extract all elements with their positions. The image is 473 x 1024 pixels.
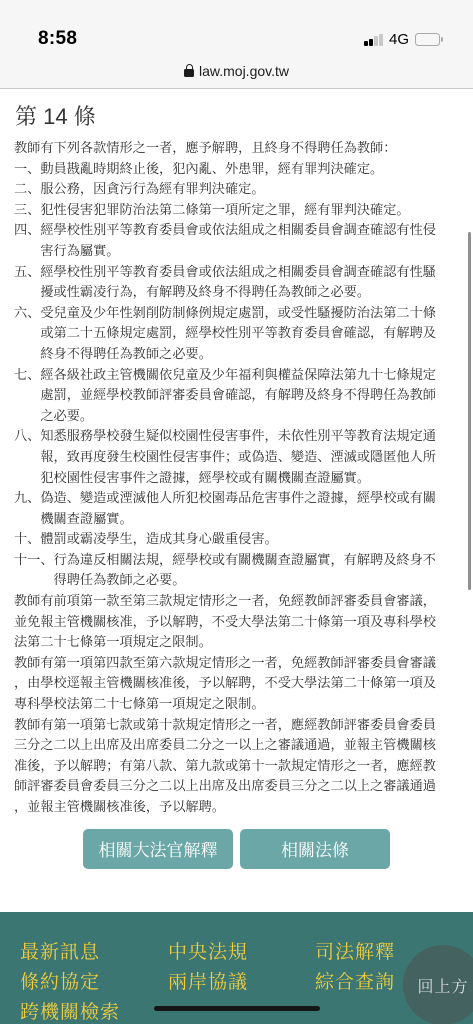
law-text-line: 師評審委員會委員三分之二以上出席及出席委員三分之二以上之審議通過 xyxy=(14,776,459,797)
related-articles-button[interactable]: 相關法條 xyxy=(240,829,390,869)
article-number-heading: 第 14 條 xyxy=(15,104,459,130)
related-interpretations-button[interactable]: 相關大法官解釋 xyxy=(83,829,233,869)
footer-nav-link[interactable]: 兩岸協議 xyxy=(168,973,315,992)
law-text-line: 三、犯性侵害犯罪防治法第二條第一項所定之罪，經有罪判決確定。 xyxy=(14,200,459,221)
law-text-line: 九、偽造、變造或湮滅他人所犯校園毒品危害事件之證據，經學校或有關 xyxy=(14,488,459,509)
law-text-line: 或第二十五條規定處罰，經學校性別平等教育委員會確認，有解聘及 xyxy=(14,323,459,344)
home-indicator[interactable] xyxy=(154,1006,320,1011)
law-text-line: 報，致再度發生校園性侵害事件；或偽造、變造、湮滅或隱匿他人所 xyxy=(14,447,459,468)
law-text-line: 八、知悉服務學校發生疑似校園性侵害事件，未依性別平等教育法規定通 xyxy=(14,426,459,447)
law-text-line: 專科學校法第二十七條第一項規定之限制。 xyxy=(14,694,459,715)
law-text-line: 十、體罰或霸凌學生，造成其身心嚴重侵害。 xyxy=(14,529,459,550)
law-text-line: 法第二十七條第一項規定之限制。 xyxy=(14,632,459,653)
related-actions: 相關大法官解釋 相關法條 xyxy=(14,829,459,869)
law-text-line: 准後，予以解聘；有第八款、第九款或第十一款規定情形之一者，應經教 xyxy=(14,756,459,777)
law-text-line: 擾或性霸凌行為，有解聘及終身不得聘任為教師之必要。 xyxy=(14,282,459,303)
back-to-top-button[interactable]: 回上方 xyxy=(403,945,473,1024)
law-text-line: 之必要。 xyxy=(14,406,459,427)
status-bar: 8:58 4G xyxy=(0,0,473,54)
network-type-label: 4G xyxy=(389,31,409,48)
law-text-line: 一、動員戡亂時期終止後，犯內亂、外患罪，經有罪判決確定。 xyxy=(14,159,459,180)
law-text-line: 得聘任為教師之必要。 xyxy=(14,570,459,591)
law-text-block: 教師有下列各款情形之一者，應予解聘，且終身不得聘任為教師：一、動員戡亂時期終止後… xyxy=(14,138,459,818)
law-text-line: 教師有前項第一款至第三款規定情形之一者，免經教師評審委員會審議， xyxy=(14,591,459,612)
battery-icon xyxy=(415,33,443,46)
law-text-line: 二、服公務，因貪污行為經有罪判決確定。 xyxy=(14,179,459,200)
law-text-line: 犯校園性侵害事件之證據，經學校或有關機關查證屬實。 xyxy=(14,468,459,489)
clock: 8:58 xyxy=(38,28,77,50)
law-text-line: 七、經各級社政主管機關依兒童及少年福利與權益保障法第九十七條規定 xyxy=(14,365,459,386)
lock-icon xyxy=(184,64,194,77)
cellular-signal-icon xyxy=(364,34,383,46)
footer-nav-link[interactable]: 中央法規 xyxy=(168,943,315,962)
article-content: 第 14 條 教師有下列各款情形之一者，應予解聘，且終身不得聘任為教師：一、動員… xyxy=(0,104,473,869)
law-text-line: 處罰，並經學校教師評審委員會確認，有解聘及終身不得聘任為教師 xyxy=(14,385,459,406)
law-text-line: 機關查證屬實。 xyxy=(14,509,459,530)
law-text-line: 五、經學校性別平等教育委員會或依法組成之相關委員會調查確認有性騷 xyxy=(14,262,459,283)
law-text-line: 六、受兒童及少年性剝削防制條例規定處罰，或受性騷擾防治法第二十條 xyxy=(14,303,459,324)
footer-nav-link[interactable]: 跨機關檢索 xyxy=(20,1003,168,1022)
law-text-line: 十一、行為違反相關法規，經學校或有關機關查證屬實，有解聘及終身不 xyxy=(14,550,459,571)
url-text: law.moj.gov.tw xyxy=(199,63,289,79)
law-text-line: ，並報主管機關核准後，予以解聘。 xyxy=(14,797,459,818)
law-text-line: 害行為屬實。 xyxy=(14,241,459,262)
footer-nav-link[interactable]: 條約協定 xyxy=(20,973,168,992)
phone-screen: 8:58 4G law.moj.gov.tw 第 14 條 教師有下列各款情形之… xyxy=(0,0,473,1024)
law-text-line: 教師有下列各款情形之一者，應予解聘，且終身不得聘任為教師： xyxy=(14,138,459,159)
law-text-line: 終身不得聘任為教師之必要。 xyxy=(14,344,459,365)
law-text-line: 教師有第一項第七款或第十款規定情形之一者，應經教師評審委員會委員 xyxy=(14,715,459,736)
law-text-line: 三分之二以上出席及出席委員二分之一以上之審議通過，並報主管機關核 xyxy=(14,735,459,756)
law-text-line: 教師有第一項第四款至第六款規定情形之一者，免經教師評審委員會審議 xyxy=(14,653,459,674)
address-bar[interactable]: law.moj.gov.tw xyxy=(0,54,473,89)
law-text-line: 並免報主管機關核准，予以解聘，不受大學法第二十條第一項及專科學校 xyxy=(14,612,459,633)
status-icons: 4G xyxy=(364,31,443,50)
law-text-line: 四、經學校性別平等教育委員會或依法組成之相關委員會調查確認有性侵 xyxy=(14,220,459,241)
page-scrollbar[interactable] xyxy=(468,232,471,590)
browser-chrome: 8:58 4G law.moj.gov.tw xyxy=(0,0,473,89)
law-text-line: ，由學校逕報主管機關核准後，予以解聘，不受大學法第二十條第一項及 xyxy=(14,673,459,694)
footer-nav-link[interactable]: 最新訊息 xyxy=(20,943,168,962)
